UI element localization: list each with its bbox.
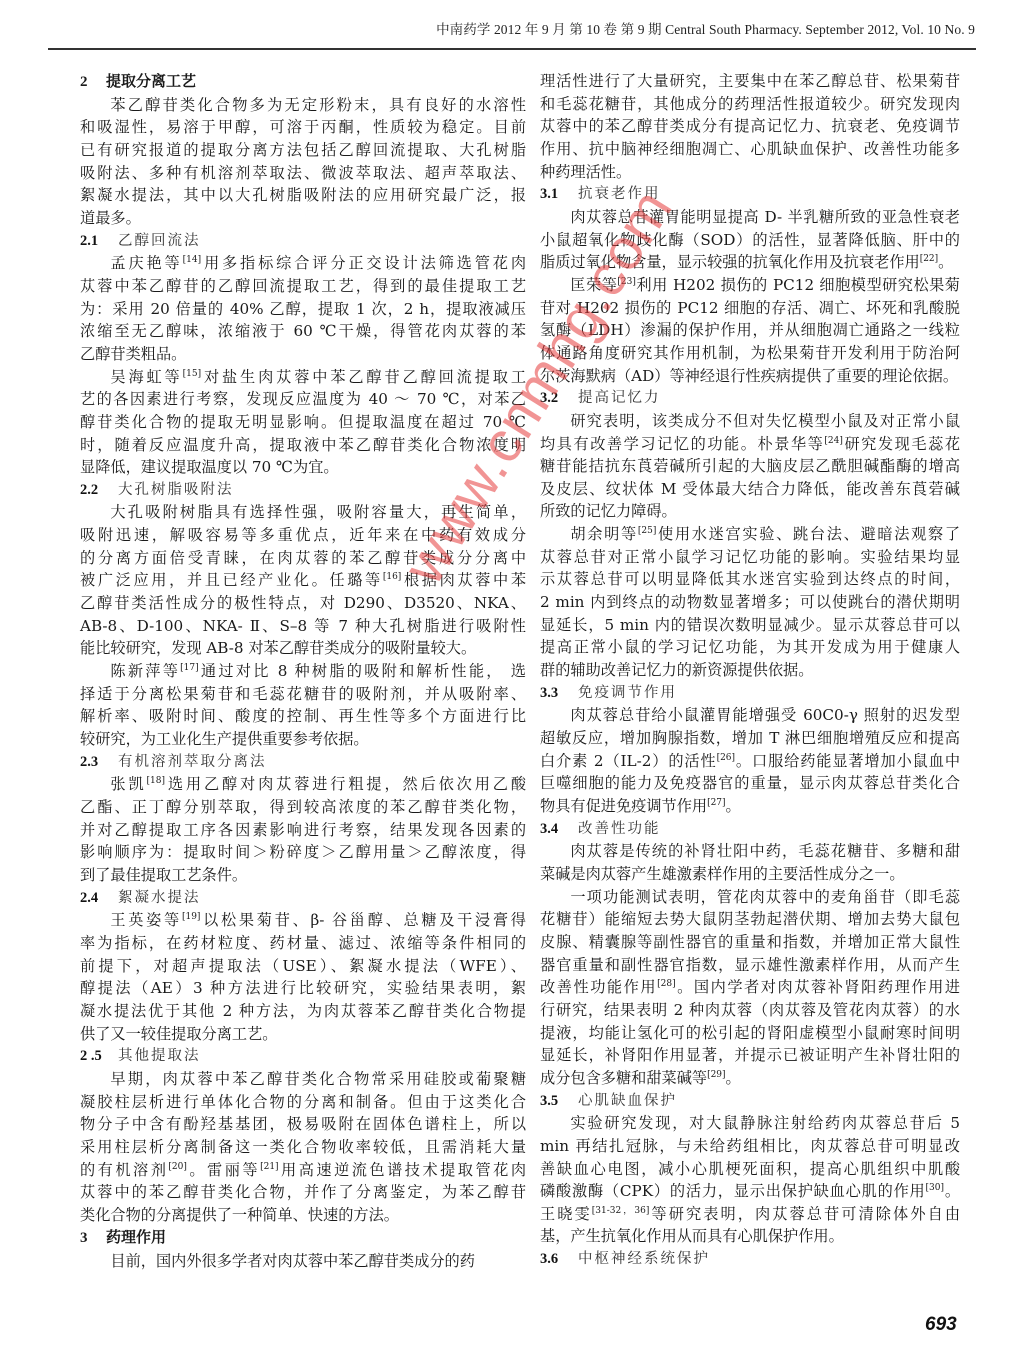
section-title: 有机溶剂萃取分离法 xyxy=(118,754,267,770)
text-line: 和毛蕊花糖苷，其他成分的药理活性报道较少。研究发现肉 xyxy=(540,93,960,116)
text-line: 理活性进行了大量研究，主要集中在苯乙醇总苷、松果菊苷 xyxy=(540,70,960,93)
text-line: 成分包含多糖和甜菜碱等[29]。 xyxy=(540,1067,960,1090)
text-line: 择适于分离松果菊苷和毛蕊花糖苷的吸附剂，并从吸附率、 xyxy=(80,683,526,706)
paragraph: 早期，肉苁蓉中苯乙醇苷类化合物常采用硅胶或葡聚糖凝胶柱层析进行单体化合物的分离和… xyxy=(80,1068,526,1227)
section-heading: 3.6中枢神经系统保护 xyxy=(540,1248,960,1271)
text-line: 苷对 H202 损伤的 PC12 细胞的存活、凋亡、坏死和乳酸脱 xyxy=(540,297,960,320)
text-line: 目前，国内外很多学者对肉苁蓉中苯乙醇苷类成分的药 xyxy=(80,1250,526,1273)
section-number: 2 xyxy=(80,71,106,94)
text-line: 巨噬细胞的能力及免疫器官的重量，显示肉苁蓉总苷类化合 xyxy=(540,772,960,795)
text-line: 肉苁蓉是传统的补肾壮阳中药，毛蕊花糖苷、多糖和甜 xyxy=(540,840,960,863)
paragraph: 肉苁蓉总苷给小鼠灌胃能增强受 60C0-γ 照射的迟发型超敏反应，增加胸腺指数，… xyxy=(540,704,960,817)
text-line: 尔茨海默病（AD）等神经退行性疾病提供了重要的理论依据。 xyxy=(540,365,960,388)
text-line: 前提下，对超声提取法（USE）、絮凝水提法（WFE）、 xyxy=(80,955,526,978)
paragraph: 肉苁蓉是传统的补肾壮阳中药，毛蕊花糖苷、多糖和甜菜碱是肉苁蓉产生雄激素样作用的主… xyxy=(540,840,960,885)
text-line: 乙酯、正丁醇分别萃取，得到较高浓度的苯乙醇苷类化物， xyxy=(80,796,526,819)
citation: [14] xyxy=(183,255,201,265)
paragraph: 孟庆艳等[14]用多指标综合评分正交设计法筛选管花肉苁蓉中苯乙醇苷的乙醇回流提取… xyxy=(80,252,526,365)
text-line: 乙醇苷类活性成分的极性特点，对 D290、D3520、NKA、 xyxy=(80,592,526,615)
section-title: 提取分离工艺 xyxy=(106,72,196,90)
paragraph: 一项功能测试表明，管花肉苁蓉中的麦角甾苷（即毛蕊花糖苷）能缩短去势大鼠阴茎勃起潜… xyxy=(540,886,960,1090)
right-column: 理活性进行了大量研究，主要集中在苯乙醇总苷、松果菊苷和毛蕊花糖苷，其他成分的药理… xyxy=(540,70,960,1271)
text-line: 示苁蓉总苷可以明显降低其水迷宫实验到达终点的时间， xyxy=(540,568,960,591)
citation: [15] xyxy=(183,369,201,379)
text-line: 大孔吸附树脂具有选择性强，吸附容量大，再生简单， xyxy=(80,501,526,524)
section-number: 2 .5 xyxy=(80,1045,118,1068)
text-line: 解析率、吸附时间、酸度的控制、再生性等多个方面进行比 xyxy=(80,705,526,728)
page-number: 693 xyxy=(925,1314,957,1336)
text-line: 率为指标，在药材粒度、药材量、滤过、浓缩等条件相同的 xyxy=(80,932,526,955)
section-title: 心肌缺血保护 xyxy=(578,1093,677,1109)
section-heading: 3.2提高记忆力 xyxy=(540,387,960,410)
text-line: 白介素 2（IL-2）的活性[26]。口服给药能显著增加小鼠血中 xyxy=(540,750,960,773)
section-number: 2.3 xyxy=(80,751,118,774)
citation: [26] xyxy=(717,753,735,763)
text-line: 影响顺序为：提取时间＞粉碎度＞乙醇用量＞乙醇浓度，得 xyxy=(80,841,526,864)
section-number: 3.3 xyxy=(540,682,578,705)
text-line: 所致的记忆力障碍。 xyxy=(540,500,960,523)
text-line: 吸附迅速，解吸容易等多重优点，近年来在中药有效成分 xyxy=(80,524,526,547)
text-line: 均具有改善学习记忆的功能。朴景华等[24]研究发现毛蕊花 xyxy=(540,433,960,456)
paragraph: 苯乙醇苷类化合物多为无定形粉末，具有良好的水溶性和吸湿性，易溶于甲醇，可溶于丙酮… xyxy=(80,94,526,230)
text-line: 磷酸激酶（CPK）的活力，显示出保护缺血心肌的作用[30]。 xyxy=(540,1180,960,1203)
citation: [17] xyxy=(180,663,198,673)
text-line: 较研究，为工业化生产提供重要参考依据。 xyxy=(80,728,526,751)
text-line: 王英姿等[19]以松果菊苷、β- 谷甾醇、总糖及干浸膏得 xyxy=(80,909,526,932)
text-line: 吸附法、多种有机溶剂萃取法、微波萃取法、超声萃取法、 xyxy=(80,162,526,185)
text-line: 采用柱层析分离制备这一类化合物收率较低，且需消耗大量 xyxy=(80,1136,526,1159)
text-line: 体通路角度研究其作用机制，为松果菊苷开发利用于防治阿 xyxy=(540,342,960,365)
text-line: 菜碱是肉苁蓉产生雄激素样作用的主要活性成分之一。 xyxy=(540,863,960,886)
paragraph: 王英姿等[19]以松果菊苷、β- 谷甾醇、总糖及干浸膏得率为指标，在药材粒度、药… xyxy=(80,909,526,1045)
section-number: 3.4 xyxy=(540,818,578,841)
text-line: 小鼠超氧化物歧化酶（SOD）的活性，显著降低脑、肝中的 xyxy=(540,229,960,252)
text-line: 善缺血心电图，减小心肌梗死面积，提高心肌组织中肌酸 xyxy=(540,1158,960,1181)
section-title: 药理作用 xyxy=(106,1228,166,1246)
section-number: 3.5 xyxy=(540,1090,578,1113)
section-title: 免疫调节作用 xyxy=(578,685,677,701)
section-title: 中枢神经系统保护 xyxy=(578,1251,710,1267)
section-number: 3.1 xyxy=(540,183,578,206)
text-line: 氢酶（LDH）渗漏的保护作用，并从细胞凋亡通路之一线粒 xyxy=(540,319,960,342)
citation: [30] xyxy=(926,1183,944,1193)
text-line: 行研究，结果表明 2 种肉苁蓉（肉苁蓉及管花肉苁蓉）的水 xyxy=(540,999,960,1022)
section-title: 改善性功能 xyxy=(578,821,661,837)
citation: [27] xyxy=(707,798,725,808)
text-line: 实验研究发现，对大鼠静脉注射给药肉苁蓉总苷后 5 xyxy=(540,1112,960,1135)
paragraph: 吴海虹等[15]对盐生肉苁蓉中苯乙醇苷乙醇回流提取工艺的各因素进行考察，发现反应… xyxy=(80,366,526,479)
paragraph: 匡荣等[23]利用 H202 损伤的 PC12 细胞模型研究松果菊苷对 H202… xyxy=(540,274,960,387)
section-title: 抗衰老作用 xyxy=(578,186,661,202)
citation: [29] xyxy=(707,1070,725,1080)
text-line: 胡余明等[25]使用水迷宫实验、跳台法、避暗法观察了 xyxy=(540,523,960,546)
text-line: 肉苁蓉总苷给小鼠灌胃能增强受 60C0-γ 照射的迟发型 xyxy=(540,704,960,727)
citation: [24] xyxy=(824,436,842,446)
section-number: 3.6 xyxy=(540,1248,578,1271)
text-line: 浓缩至无乙醇味，浓缩液于 60 ℃干燥，得管花肉苁蓉的苯 xyxy=(80,320,526,343)
text-line: 显延长，5 min 内的错误次数明显减少。显示苁蓉总苷可以 xyxy=(540,614,960,637)
text-line: 早期，肉苁蓉中苯乙醇苷类化合物常采用硅胶或葡聚糖 xyxy=(80,1068,526,1091)
citation: [31-32，36] xyxy=(592,1206,650,1216)
text-line: 的分离方面倍受青睐，在肉苁蓉的苯乙醇苷类成分分离中 xyxy=(80,547,526,570)
section-number: 2.1 xyxy=(80,230,118,253)
text-line: 王晓雯[31-32，36]等研究表明，肉苁蓉总苷可清除体外自由 xyxy=(540,1203,960,1226)
paragraph: 大孔吸附树脂具有选择性强，吸附容量大，再生简单，吸附迅速，解吸容易等多重优点，近… xyxy=(80,501,526,660)
section-heading: 3.4改善性功能 xyxy=(540,818,960,841)
citation: [19] xyxy=(182,912,200,922)
paragraph: 胡余明等[25]使用水迷宫实验、跳台法、避暗法观察了苁蓉总苷对正常小鼠学习记忆功… xyxy=(540,523,960,682)
text-line: 超敏反应，增加胸腺指数，增加 T 淋巴细胞增殖反应和提高 xyxy=(540,727,960,750)
text-line: 显延长，补肾阳作用显著，并提示已被证明产生补肾壮阳的 xyxy=(540,1044,960,1067)
text-line: 凝胶柱层析进行单体化合物的分离和制备。但由于这类化合 xyxy=(80,1091,526,1114)
paragraph: 实验研究发现，对大鼠静脉注射给药肉苁蓉总苷后 5min 再结扎冠脉，与未给药组相… xyxy=(540,1112,960,1248)
text-line: 醇提法（AE）3 种方法进行比较研究，实验结果表明，絮 xyxy=(80,977,526,1000)
text-line: AB-8、D-100、NKA- Ⅱ、S–8 等 7 种大孔树脂进行吸附性 xyxy=(80,615,526,638)
text-line: 一项功能测试表明，管花肉苁蓉中的麦角甾苷（即毛蕊 xyxy=(540,886,960,909)
text-line: 和吸湿性，易溶于甲醇，可溶于丙酮，性质较为稳定。目前 xyxy=(80,116,526,139)
text-line: 乙醇苷类粗品。 xyxy=(80,343,526,366)
section-title: 大孔树脂吸附法 xyxy=(118,482,234,498)
text-line: 为：采用 20 倍量的 40% 乙醇，提取 1 次，2 h，提取液减压 xyxy=(80,298,526,321)
section-title: 絮凝水提法 xyxy=(118,890,201,906)
text-line: 2 min 内到终点的动物数显著增多；可以使跳台的潜伏期明 xyxy=(540,591,960,614)
text-line: 群的辅助改善记忆力的新资源提供依据。 xyxy=(540,659,960,682)
text-line: 类化合物的分离提供了一种简单、快速的方法。 xyxy=(80,1204,526,1227)
text-line: 苁蓉总苷对正常小鼠学习记忆功能的影响。实验结果均显 xyxy=(540,546,960,569)
header-rule xyxy=(48,48,976,50)
citation: [16] xyxy=(383,572,401,582)
text-line: 肉苁蓉总苷灌胃能明显提高 D- 半乳糖所致的亚急性衰老 xyxy=(540,206,960,229)
text-line: 苁蓉中的苯乙醇苷类化合物，并作了分离鉴定，为苯乙醇苷 xyxy=(80,1181,526,1204)
text-line: 孟庆艳等[14]用多指标综合评分正交设计法筛选管花肉 xyxy=(80,252,526,275)
section-title: 乙醇回流法 xyxy=(118,233,201,249)
section-heading: 3.3免疫调节作用 xyxy=(540,682,960,705)
paragraph: 目前，国内外很多学者对肉苁蓉中苯乙醇苷类成分的药 xyxy=(80,1250,526,1273)
text-line: 凝水提法优于其他 2 种方法，为肉苁蓉苯乙醇苷类化合物提 xyxy=(80,1000,526,1023)
text-line: 苁蓉中的苯乙醇苷类成分有提高记忆力、抗衰老、免疫调节 xyxy=(540,115,960,138)
section-heading: 2 .5其他提取法 xyxy=(80,1045,526,1068)
citation: [23] xyxy=(617,277,635,287)
section-heading: 2.1乙醇回流法 xyxy=(80,230,526,253)
text-line: 作用、抗中脑神经细胞凋亡、心肌缺血保护、改善性功能多 xyxy=(540,138,960,161)
section-heading: 2.4絮凝水提法 xyxy=(80,887,526,910)
running-header: 中南药学 2012 年 9 月 第 10 卷 第 9 期 Central Sou… xyxy=(0,18,975,38)
text-line: 器官重量和副性器官指数，显示雄性激素样作用，从而产生 xyxy=(540,954,960,977)
citation: [25] xyxy=(638,526,656,536)
text-line: 被广泛应用，并且已经产业化。任璐等[16]根据肉苁蓉中苯 xyxy=(80,569,526,592)
text-line: 糖苷能拮抗东莨菪碱所引起的大脑皮层乙酰胆碱酯酶的增高 xyxy=(540,455,960,478)
left-column: 2提取分离工艺苯乙醇苷类化合物多为无定形粉末，具有良好的水溶性和吸湿性，易溶于甲… xyxy=(80,70,526,1273)
citation: [18] xyxy=(147,776,165,786)
text-line: 已有研究报道的提取分离方法包括乙醇回流提取、大孔树脂 xyxy=(80,139,526,162)
text-line: 吴海虹等[15]对盐生肉苁蓉中苯乙醇苷乙醇回流提取工 xyxy=(80,366,526,389)
text-line: 到了最佳提取工艺条件。 xyxy=(80,864,526,887)
section-number: 3 xyxy=(80,1227,106,1250)
section-heading: 2.3有机溶剂萃取分离法 xyxy=(80,751,526,774)
citation: [22] xyxy=(920,254,938,264)
text-line: 皮腺、精囊腺等副性器官的重量和指数，并增加正常大鼠性 xyxy=(540,931,960,954)
text-line: 的有机溶剂[20]。雷丽等[21]用高速逆流色谱技术提取管花肉 xyxy=(80,1159,526,1182)
citation: [28] xyxy=(657,979,675,989)
text-line: 提液，均能让氢化可的松引起的肾阳虚模型小鼠耐寒时间明 xyxy=(540,1022,960,1045)
section-number: 3.2 xyxy=(540,387,578,410)
text-line: 醇苷类化合物的提取无明显影响。但提取温度在超过 70 ℃ xyxy=(80,411,526,434)
citation: [21] xyxy=(260,1162,278,1172)
text-line: 并对乙醇提取工序各因素影响进行考察，结果发现各因素的 xyxy=(80,819,526,842)
text-line: 物分子中含有酚羟基基团，极易吸附在固体色谱柱上，所以 xyxy=(80,1113,526,1136)
text-line: min 再结扎冠脉，与未给药组相比，肉苁蓉总苷可明显改 xyxy=(540,1135,960,1158)
section-number: 2.2 xyxy=(80,479,118,502)
text-line: 匡荣等[23]利用 H202 损伤的 PC12 细胞模型研究松果菊 xyxy=(540,274,960,297)
text-line: 能比较研究，发现 AB-8 对苯乙醇苷类成分的吸附量较大。 xyxy=(80,637,526,660)
paragraph: 研究表明，该类成分不但对失忆模型小鼠及对正常小鼠均具有改善学习记忆的功能。朴景华… xyxy=(540,410,960,523)
text-line: 脂质过氧化物含量，显示较强的抗氧化作用及抗衰老作用[22]。 xyxy=(540,251,960,274)
text-line: 张凯[18]选用乙醇对肉苁蓉进行粗提，然后依次用乙酸 xyxy=(80,773,526,796)
text-line: 道最多。 xyxy=(80,207,526,230)
text-line: 时，随着反应温度升高，提取液中苯乙醇苷类化合物浓度明 xyxy=(80,434,526,457)
section-heading: 3.5心肌缺血保护 xyxy=(540,1090,960,1113)
text-line: 研究表明，该类成分不但对失忆模型小鼠及对正常小鼠 xyxy=(540,410,960,433)
paragraph: 理活性进行了大量研究，主要集中在苯乙醇总苷、松果菊苷和毛蕊花糖苷，其他成分的药理… xyxy=(540,70,960,183)
text-line: 基，产生抗氧化作用从而具有心肌保护作用。 xyxy=(540,1225,960,1248)
section-number: 2.4 xyxy=(80,887,118,910)
text-line: 苁蓉中苯乙醇苷的乙醇回流提取工艺，得到的最佳提取工艺 xyxy=(80,275,526,298)
section-heading: 3药理作用 xyxy=(80,1226,526,1250)
text-line: 种药理活性。 xyxy=(540,161,960,184)
text-line: 艺的各因素进行考察，发现反应温度为 40 ～ 70 ℃，对苯乙 xyxy=(80,388,526,411)
section-title: 提高记忆力 xyxy=(578,390,661,406)
text-line: 陈新萍等[17]通过对比 8 种树脂的吸附和解析性能， 选 xyxy=(80,660,526,683)
text-line: 改善性功能作用[28]。国内学者对肉苁蓉补肾阳药理作用进 xyxy=(540,976,960,999)
citation: [20] xyxy=(168,1162,186,1172)
section-heading: 2.2大孔树脂吸附法 xyxy=(80,479,526,502)
paragraph: 肉苁蓉总苷灌胃能明显提高 D- 半乳糖所致的亚急性衰老小鼠超氧化物歧化酶（SOD… xyxy=(540,206,960,274)
text-line: 物具有促进免疫调节作用[27]。 xyxy=(540,795,960,818)
paragraph: 陈新萍等[17]通过对比 8 种树脂的吸附和解析性能， 选择适于分离松果菊苷和毛… xyxy=(80,660,526,751)
paragraph: 张凯[18]选用乙醇对肉苁蓉进行粗提，然后依次用乙酸乙酯、正丁醇分别萃取，得到较… xyxy=(80,773,526,886)
section-title: 其他提取法 xyxy=(118,1048,201,1064)
text-line: 提高正常小鼠的学习记忆功能，为其开发成为用于健康人 xyxy=(540,636,960,659)
section-heading: 3.1抗衰老作用 xyxy=(540,183,960,206)
text-line: 显降低，建议提取温度以 70 ℃为宜。 xyxy=(80,456,526,479)
text-line: 苯乙醇苷类化合物多为无定形粉末，具有良好的水溶性 xyxy=(80,94,526,117)
text-line: 花糖苷）能缩短去势大鼠阴茎勃起潜伏期、增加去势大鼠包 xyxy=(540,908,960,931)
text-line: 絮凝水提法，其中以大孔树脂吸附法的应用研究最广泛，报 xyxy=(80,184,526,207)
text-line: 及皮层、纹状体 M 受体最大结合力降低，能改善东莨菪碱 xyxy=(540,478,960,501)
section-heading: 2提取分离工艺 xyxy=(80,70,526,94)
text-line: 供了又一较佳提取分离工艺。 xyxy=(80,1023,526,1046)
